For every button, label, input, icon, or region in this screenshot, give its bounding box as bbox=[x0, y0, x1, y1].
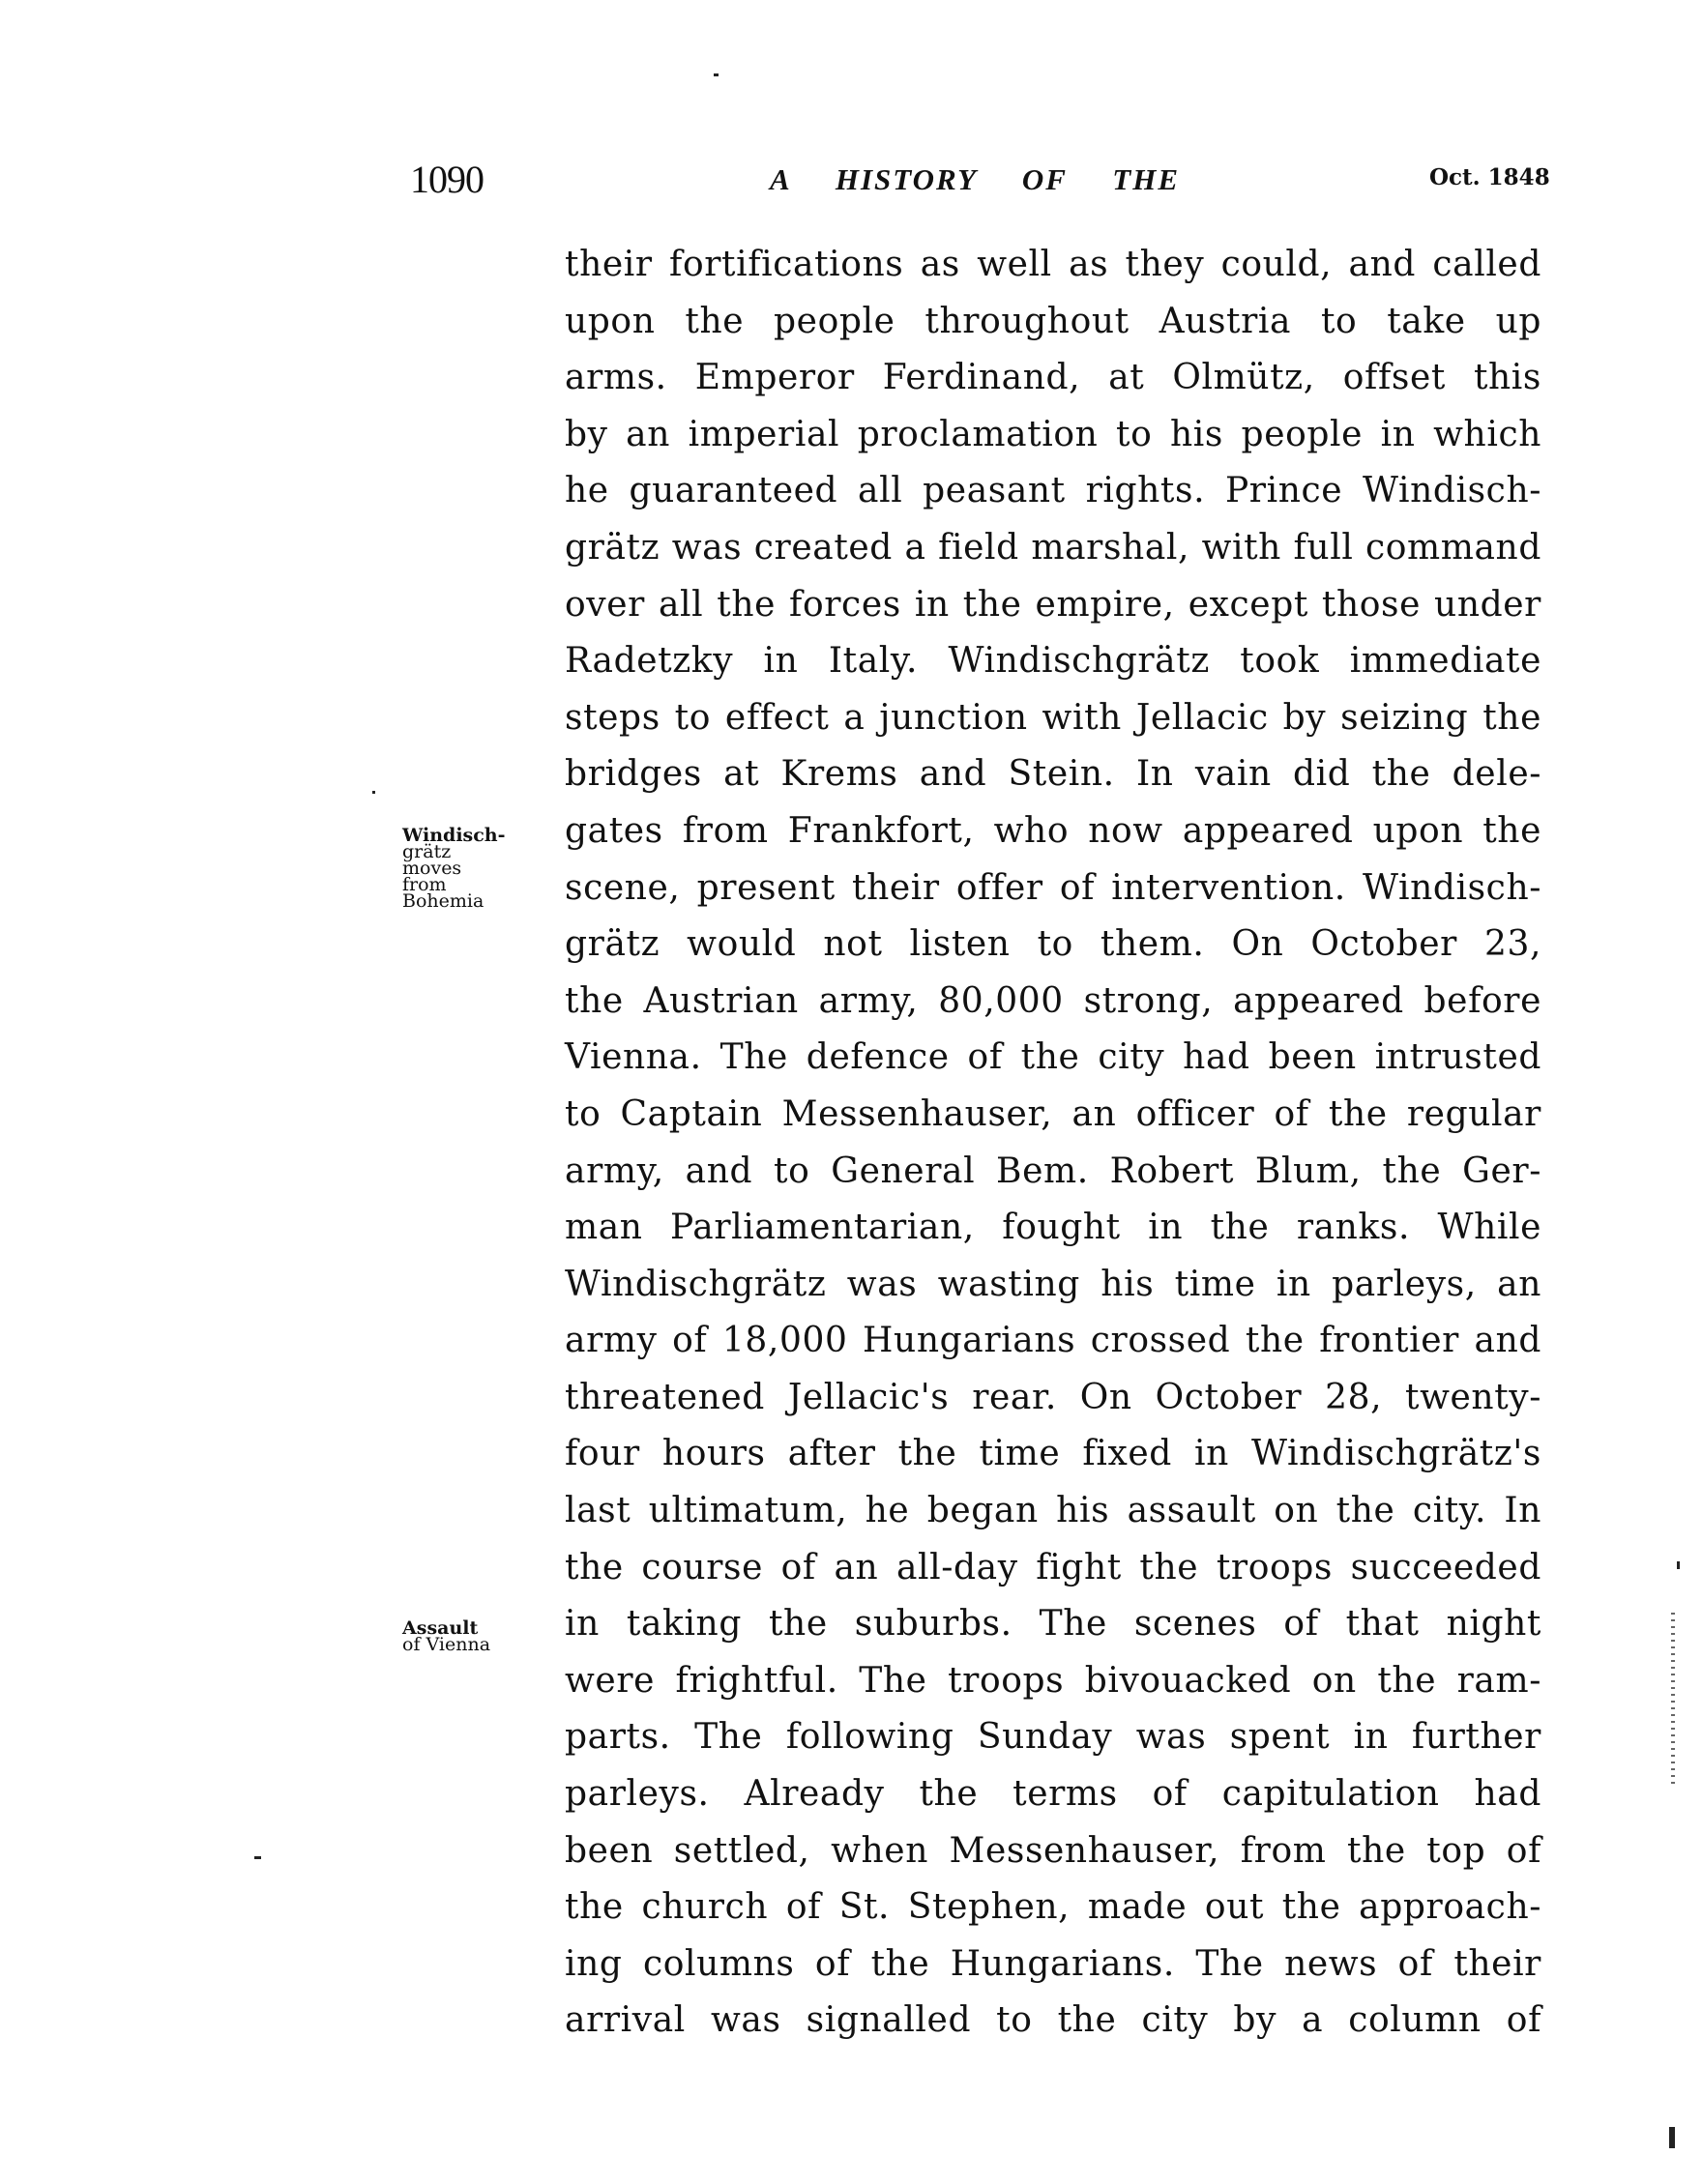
text-line: army, and to General Bem. Robert Blum, t… bbox=[565, 1144, 1541, 1201]
text-line: grätz was created a field marshal, with … bbox=[565, 520, 1541, 577]
text-line: the church of St. Stephen, made out the … bbox=[565, 1879, 1541, 1936]
text-line: by an imperial proclamation to his peopl… bbox=[565, 407, 1541, 464]
text-line: been settled, when Messenhauser, from th… bbox=[565, 1823, 1541, 1880]
text-line: bridges at Krems and Stein. In vain did … bbox=[565, 746, 1541, 803]
text-line: gates from Frankfort, who now appeared u… bbox=[565, 803, 1541, 860]
text-line: were frightful. The troops bivouacked on… bbox=[565, 1653, 1541, 1710]
sidenote-line: Bohemia bbox=[402, 893, 506, 910]
sidenote-line: of Vienna bbox=[402, 1637, 490, 1653]
text-line: arrival was signalled to the city by a c… bbox=[565, 1993, 1541, 2050]
text-line: man Parliamentarian, fought in the ranks… bbox=[565, 1200, 1541, 1257]
text-line: last ultimatum, he began his assault on … bbox=[565, 1483, 1541, 1540]
text-line: army of 18,000 Hungarians crossed the fr… bbox=[565, 1313, 1541, 1370]
text-line: in taking the suburbs. The scenes of tha… bbox=[565, 1596, 1541, 1653]
scan-speck bbox=[254, 1856, 261, 1859]
running-title: A HISTORY OF THE bbox=[770, 162, 1180, 197]
text-line: the Austrian army, 80,000 strong, appear… bbox=[565, 974, 1541, 1031]
text-line: Vienna. The defence of the city had been… bbox=[565, 1030, 1541, 1087]
text-line: their fortifications as well as they cou… bbox=[565, 237, 1541, 294]
sidenote-windischgratz-moves: Windisch- grätz moves from Bohemia bbox=[402, 828, 506, 910]
sidenote-assault-of-vienna: Assault of Vienna bbox=[402, 1620, 490, 1653]
page-number: 1090 bbox=[410, 159, 484, 201]
scan-speck bbox=[1669, 2127, 1675, 2148]
text-line: Windischgrätz was wasting his time in pa… bbox=[565, 1257, 1541, 1314]
scan-speck bbox=[372, 791, 375, 794]
text-line: scene, present their offer of interventi… bbox=[565, 860, 1541, 917]
scan-speck bbox=[1677, 1561, 1680, 1569]
text-line: over all the forces in the empire, excep… bbox=[565, 577, 1541, 634]
text-line: four hours after the time fixed in Windi… bbox=[565, 1426, 1541, 1483]
text-line: steps to effect a junction with Jellacic… bbox=[565, 690, 1541, 747]
scan-edge-noise bbox=[1671, 1613, 1675, 1787]
text-line: ing columns of the Hungarians. The news … bbox=[565, 1936, 1541, 1994]
scan-speck bbox=[714, 73, 719, 76]
running-date: Oct. 1848 bbox=[1429, 164, 1550, 191]
text-line: Radetzky in Italy. Windischgrätz took im… bbox=[565, 633, 1541, 690]
text-line: grätz would not listen to them. On Octob… bbox=[565, 917, 1541, 974]
text-line: he guaranteed all peasant rights. Prince… bbox=[565, 463, 1541, 520]
text-line: parleys. Already the terms of capitulati… bbox=[565, 1766, 1541, 1823]
text-line: to Captain Messenhauser, an officer of t… bbox=[565, 1087, 1541, 1144]
text-line: arms. Emperor Ferdinand, at Olmütz, offs… bbox=[565, 350, 1541, 407]
text-line: upon the people throughout Austria to ta… bbox=[565, 294, 1541, 351]
text-line: the course of an all-day fight the troop… bbox=[565, 1540, 1541, 1597]
text-line: parts. The following Sunday was spent in… bbox=[565, 1709, 1541, 1766]
body-text: their fortifications as well as they cou… bbox=[565, 237, 1541, 2050]
text-line: threatened Jellacic's rear. On October 2… bbox=[565, 1370, 1541, 1427]
